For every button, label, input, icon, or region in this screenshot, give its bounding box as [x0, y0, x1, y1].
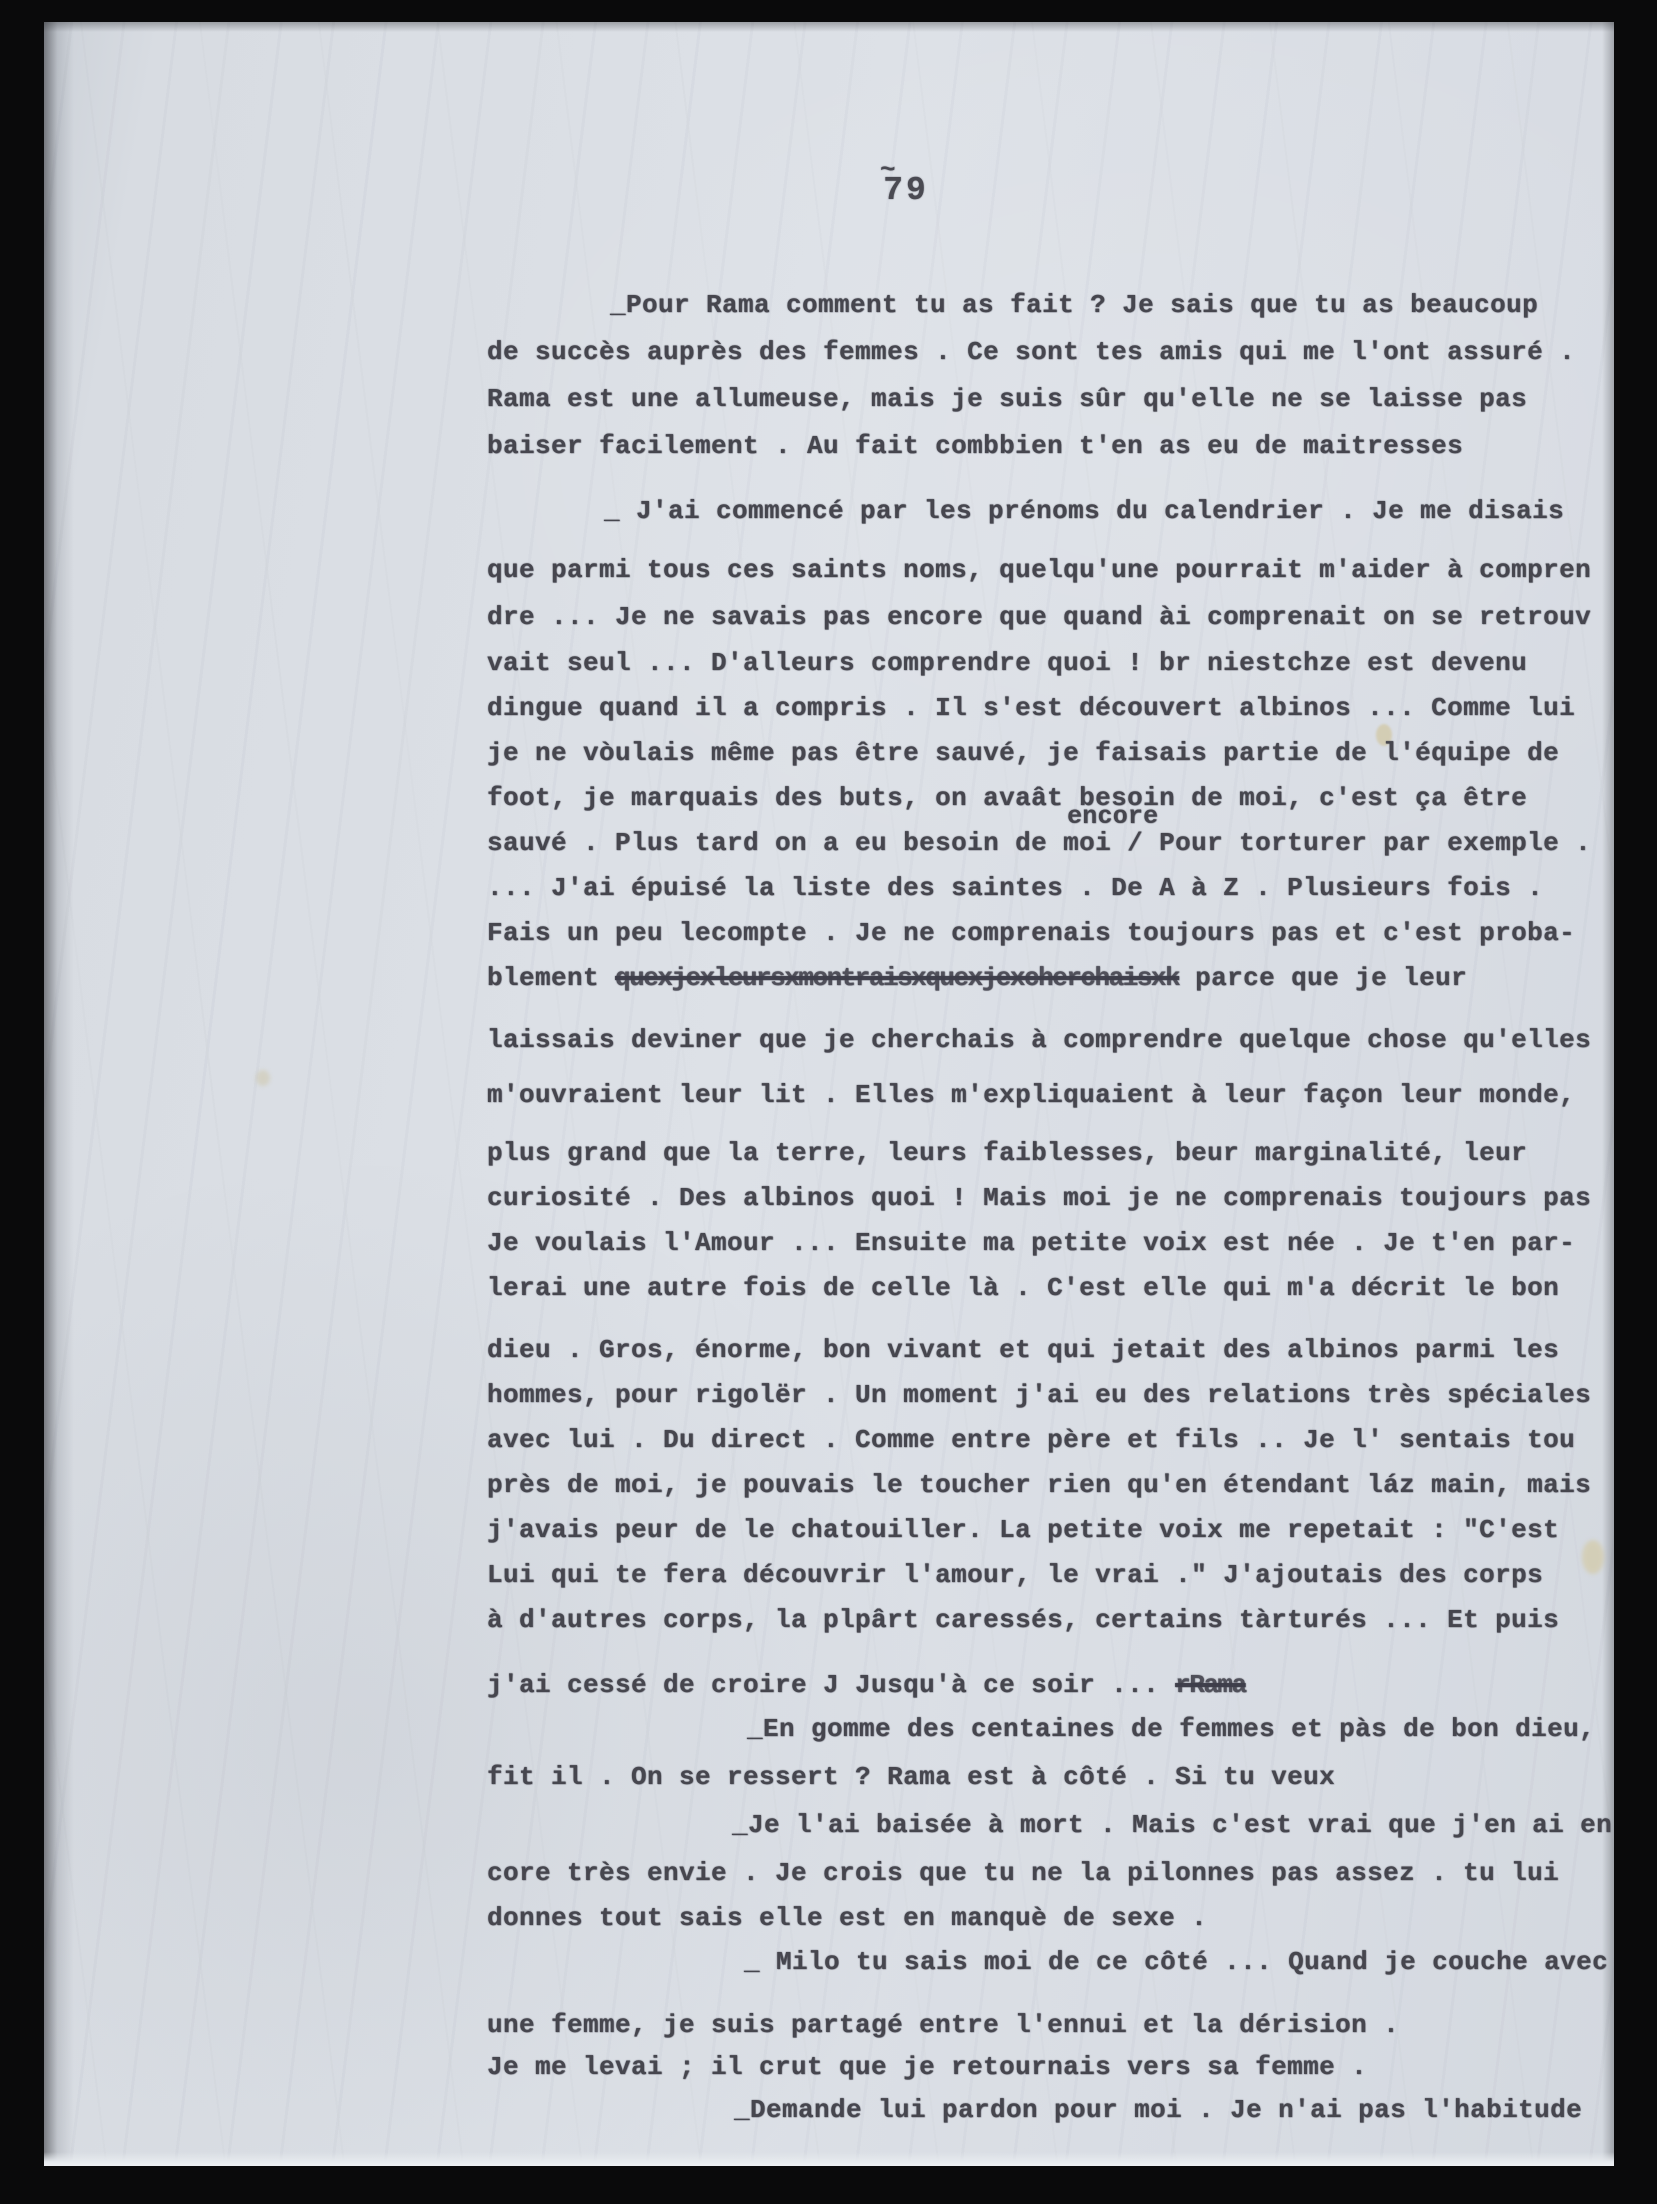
struck-out-text: rRama: [1175, 1670, 1246, 1700]
text-line: avec lui . Du direct . Comme entre père …: [487, 1425, 1575, 1455]
text-segment: curiosité . Des albinos quoi ! Mais moi …: [487, 1183, 1591, 1213]
text-line: baiser facilement . Au fait combbien t'e…: [487, 431, 1463, 461]
text-segment: dre ... Je ne savais pas encore que quan…: [487, 602, 1591, 632]
text-line: m'ouvraient leur lit . Elles m'expliquai…: [487, 1080, 1575, 1110]
text-segment: sauvé . Plus tard on a eu besoin de: [487, 828, 1063, 858]
text-segment: vait seul ... D'alleurs comprendre quoi …: [487, 648, 1527, 678]
text-line: sauvé . Plus tard on a eu besoin de moi …: [487, 828, 1591, 858]
text-line: core très envie . Je crois que tu ne la …: [487, 1858, 1559, 1888]
text-line: donnes tout sais elle est en manquè de s…: [487, 1903, 1207, 1933]
inserted-word-above-line: encore: [1067, 802, 1158, 831]
text-segment: _ Milo tu sais moi de ce côté ... Quand …: [744, 1947, 1608, 1977]
text-segment: laissais deviner que je cherchais à comp…: [487, 1025, 1591, 1055]
text-line: Rama est une allumeuse, mais je suis sûr…: [487, 384, 1527, 414]
text-segment: _En gomme des centaines de femmes et pàs…: [747, 1714, 1595, 1744]
text-line: Je voulais l'Amour ... Ensuite ma petite…: [487, 1228, 1575, 1258]
manuscript-page: ~79 _Pour Rama comment tu as fait ? Je s…: [44, 22, 1614, 2166]
text-segment: Pour torturer par exemple .: [1143, 828, 1591, 858]
text-segment: fit il . On se ressert ? Rama est à côté…: [487, 1762, 1335, 1792]
text-segment: blement: [487, 963, 615, 993]
text-segment: à d'autres corps, la plpârt caressés, ce…: [487, 1605, 1559, 1635]
text-line: dieu . Gros, énorme, bon vivant et qui j…: [487, 1335, 1559, 1365]
text-line: à d'autres corps, la plpârt caressés, ce…: [487, 1605, 1559, 1635]
text-line: _ J'ai commencé par les prénoms du calen…: [604, 496, 1564, 526]
text-segment: de succès auprès des femmes . Ce sont te…: [487, 337, 1575, 367]
text-line: foot, je marquais des buts, on avaât bes…: [487, 783, 1527, 813]
text-segment: plus grand que la terre, leurs faiblesse…: [487, 1138, 1527, 1168]
text-segment: _Demande lui pardon pour moi . Je n'ai p…: [734, 2095, 1582, 2125]
text-line: _ Milo tu sais moi de ce côté ... Quand …: [744, 1947, 1608, 1977]
text-line: ... J'ai épuisé la liste des saintes . D…: [487, 873, 1543, 903]
text-segment: dieu . Gros, énorme, bon vivant et qui j…: [487, 1335, 1559, 1365]
text-segment: que parmi tous ces saints noms, quelqu'u…: [487, 555, 1591, 585]
text-line: _Pour Rama comment tu as fait ? Je sais …: [610, 290, 1538, 320]
text-line: laissais deviner que je cherchais à comp…: [487, 1025, 1591, 1055]
text-segment: avec lui . Du direct . Comme entre père …: [487, 1425, 1575, 1455]
text-segment: j'ai cessé de croire J Jusqu'à ce soir .…: [487, 1670, 1175, 1700]
photo-background: ~79 _Pour Rama comment tu as fait ? Je s…: [0, 0, 1657, 2204]
text-segment: je ne vòulais même pas être sauvé, je fa…: [487, 738, 1559, 768]
text-line: _En gomme des centaines de femmes et pàs…: [747, 1714, 1595, 1744]
text-line: hommes, pour rigolër . Un moment j'ai eu…: [487, 1380, 1591, 1410]
text-line: Lui qui te fera découvrir l'amour, le vr…: [487, 1560, 1543, 1590]
text-segment: Lui qui te fera découvrir l'amour, le vr…: [487, 1560, 1543, 1590]
text-segment: près de moi, je pouvais le toucher rien …: [487, 1470, 1591, 1500]
text-line: de succès auprès des femmes . Ce sont te…: [487, 337, 1575, 367]
text-line: Fais un peu lecompte . Je ne comprenais …: [487, 918, 1575, 948]
text-line: une femme, je suis partagé entre l'ennui…: [487, 2010, 1399, 2040]
text-segment: _ J'ai commencé par les prénoms du calen…: [604, 496, 1564, 526]
screenshot-root: { "colors": { "background": "#0a0a0b", "…: [0, 0, 1657, 2204]
text-segment: une femme, je suis partagé entre l'ennui…: [487, 2010, 1399, 2040]
text-line: que parmi tous ces saints noms, quelqu'u…: [487, 555, 1591, 585]
text-line: plus grand que la terre, leurs faiblesse…: [487, 1138, 1527, 1168]
text-line: fit il . On se ressert ? Rama est à côté…: [487, 1762, 1335, 1792]
text-segment: core très envie . Je crois que tu ne la …: [487, 1858, 1559, 1888]
text-segment: baiser facilement . Au fait combbien t'e…: [487, 431, 1463, 461]
text-segment: foot, je marquais des buts, on avaât bes…: [487, 783, 1527, 813]
struck-out-text: quexjexleursxmontraisxquexjexcherchaisxk: [615, 963, 1179, 993]
text-segment: ... J'ai épuisé la liste des saintes . D…: [487, 873, 1543, 903]
text-segment: _Pour Rama comment tu as fait ? Je sais …: [610, 290, 1538, 320]
text-line: près de moi, je pouvais le toucher rien …: [487, 1470, 1591, 1500]
text-segment: hommes, pour rigolër . Un moment j'ai eu…: [487, 1380, 1591, 1410]
text-segment: dingue quand il a compris . Il s'est déc…: [487, 693, 1575, 723]
text-line: j'ai cessé de croire J Jusqu'à ce soir .…: [487, 1670, 1246, 1700]
text-segment: donnes tout sais elle est en manquè de s…: [487, 1903, 1207, 1933]
text-line: _Demande lui pardon pour moi . Je n'ai p…: [734, 2095, 1582, 2125]
text-line: dre ... Je ne savais pas encore que quan…: [487, 602, 1591, 632]
text-line: blement quexjexleursxmontraisxquexjexche…: [487, 963, 1467, 993]
text-line: j'avais peur de le chatouiller. La petit…: [487, 1515, 1559, 1545]
text-line: dingue quand il a compris . Il s'est déc…: [487, 693, 1575, 723]
text-segment: j'avais peur de le chatouiller. La petit…: [487, 1515, 1559, 1545]
text-segment: lerai une autre fois de celle là . C'est…: [487, 1273, 1559, 1303]
text-segment: Rama est une allumeuse, mais je suis sûr…: [487, 384, 1527, 414]
text-segment: moi /encore: [1063, 828, 1143, 858]
text-line: Je me levai ; il crut que je retournais …: [487, 2052, 1367, 2082]
text-line: curiosité . Des albinos quoi ! Mais moi …: [487, 1183, 1591, 1213]
text-segment: _Je l'ai baisée à mort . Mais c'est vrai…: [732, 1810, 1612, 1840]
text-line: vait seul ... D'alleurs comprendre quoi …: [487, 648, 1527, 678]
text-segment: Fais un peu lecompte . Je ne comprenais …: [487, 918, 1575, 948]
text-segment: Je me levai ; il crut que je retournais …: [487, 2052, 1367, 2082]
text-segment: parce que je leur: [1179, 963, 1467, 993]
typewritten-text: _Pour Rama comment tu as fait ? Je sais …: [44, 22, 1614, 2166]
text-line: je ne vòulais même pas être sauvé, je fa…: [487, 738, 1559, 768]
text-segment: Je voulais l'Amour ... Ensuite ma petite…: [487, 1228, 1575, 1258]
text-line: lerai une autre fois de celle là . C'est…: [487, 1273, 1559, 1303]
text-line: _Je l'ai baisée à mort . Mais c'est vrai…: [732, 1810, 1612, 1840]
text-segment: m'ouvraient leur lit . Elles m'expliquai…: [487, 1080, 1575, 1110]
